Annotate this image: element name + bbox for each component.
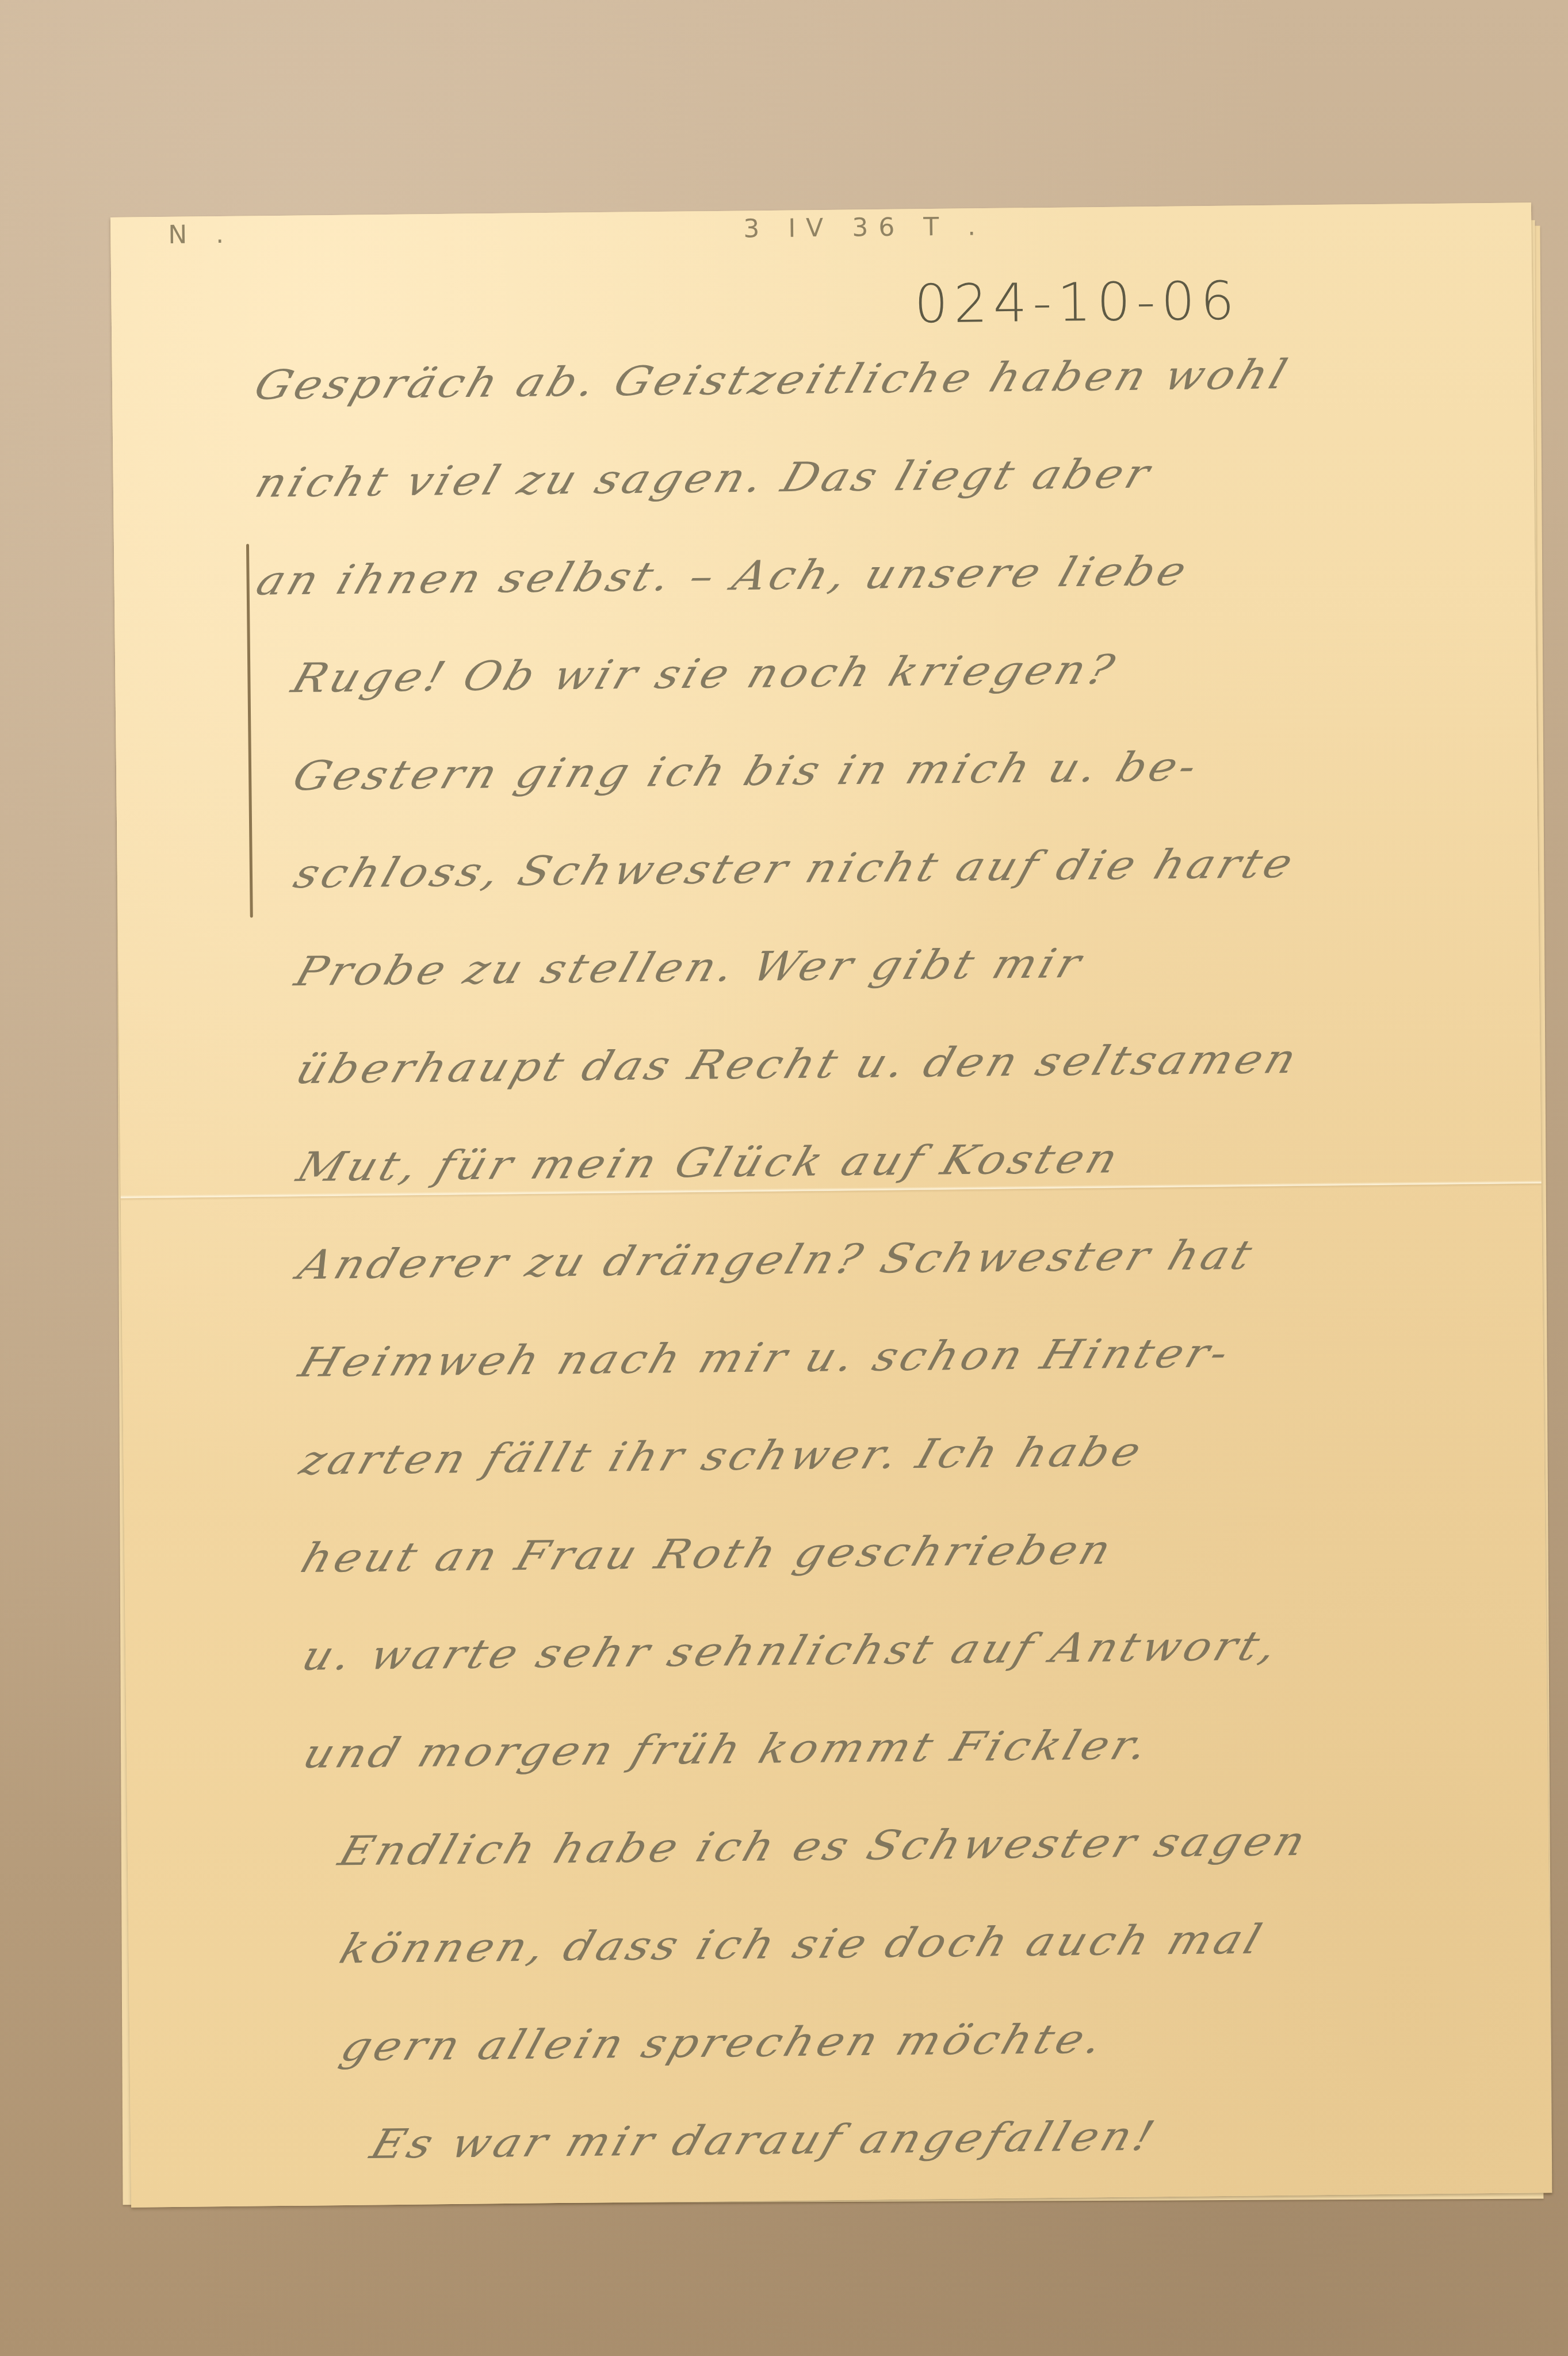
text-line: nicht viel zu sagen. Das liegt aber [243, 427, 1467, 527]
text-line: Gestern ging ich bis in mich u. be- [246, 720, 1470, 821]
text-line: heut an Frau Roth geschrieben [254, 1502, 1478, 1603]
text-line: überhaupt das Recht u. den seltsamen [249, 1013, 1473, 1114]
text-line: und morgen früh kommt Fickler. [257, 1698, 1481, 1799]
text-line: Mut, für mein Glück auf Kosten [250, 1111, 1474, 1212]
text-line: gern allein sprechen möchte. [259, 1991, 1483, 2092]
text-line: an ihnen selbst. – Ach, unsere liebe [244, 525, 1468, 625]
text-line: u. warte sehr sehnlichst auf Antwort, [255, 1600, 1479, 1701]
text-line: zarten fällt ihr schwer. Ich habe [254, 1405, 1478, 1505]
text-line: können, dass ich sie doch auch mal [259, 1894, 1483, 1994]
text-line: Heimweh nach mir u. schon Hinter- [253, 1307, 1477, 1408]
header-partial-left: N . [168, 220, 234, 250]
letter-page: N . 3 IV 36 T . 024-10-06 Gespräch ab. G… [110, 202, 1552, 2208]
text-line: Ruge! Ob wir sie noch kriegen? [245, 622, 1469, 723]
text-line: Endlich habe ich es Schwester sagen [258, 1796, 1482, 1896]
text-line: Gespräch ab. Geistzeitliche haben wohl [242, 329, 1466, 430]
text-line: schloss, Schwester nicht auf die harte [247, 818, 1471, 919]
header-partial-date: 3 IV 36 T . [743, 212, 986, 243]
archive-number: 024-10-06 [914, 270, 1240, 335]
text-line: Es war mir darauf angefallen! [261, 2089, 1485, 2190]
text-line: Probe zu stellen. Wer gibt mir [248, 916, 1473, 1016]
handwritten-text-body: Gespräch ab. Geistzeitliche haben wohl n… [255, 324, 1471, 2195]
text-line: Anderer zu drängeln? Schwester hat [251, 1209, 1475, 1310]
